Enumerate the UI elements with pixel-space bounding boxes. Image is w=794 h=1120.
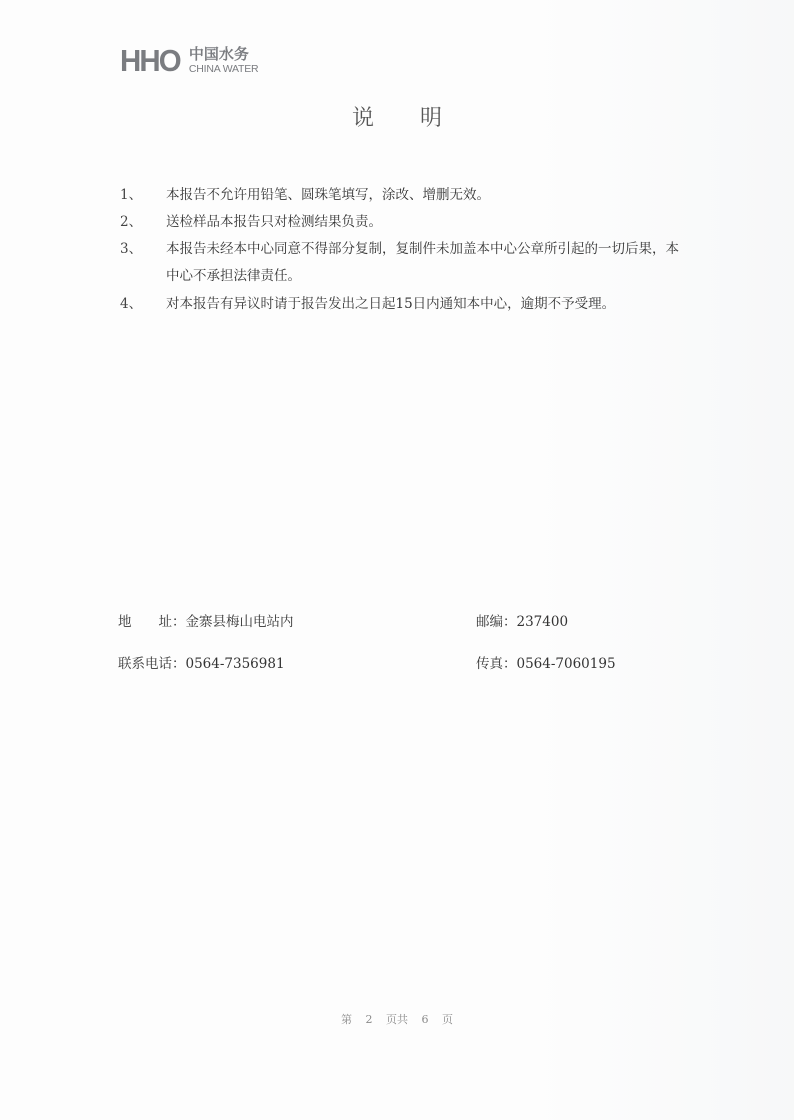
fax-label: 传真： bbox=[476, 656, 517, 672]
postcode-field: 邮编：237400 bbox=[476, 610, 568, 630]
note-number: 2、 bbox=[120, 209, 166, 235]
page-current: 2 bbox=[366, 1013, 373, 1026]
phone-label: 联系电话： bbox=[118, 656, 186, 672]
company-logo: HHO 中国水务 CHINA WATER bbox=[120, 46, 258, 76]
postcode-label: 邮编： bbox=[476, 614, 517, 630]
address-field: 地 址：金寨县梅山电站内 bbox=[118, 610, 294, 630]
logo-wordmark: 中国水务 CHINA WATER bbox=[189, 47, 259, 75]
phone-value: 0564-7356981 bbox=[186, 656, 285, 672]
logo-mark: HHO bbox=[120, 46, 180, 76]
note-text: 对本报告有异议时请于报告发出之日起15日内通知本中心，逾期不予受理。 bbox=[166, 291, 680, 318]
page-number-footer: 第 2 页共 6 页 bbox=[0, 1011, 794, 1027]
page-title: 说明 bbox=[0, 101, 794, 132]
note-item: 3、 本报告未经本中心同意不得部分复制，复制件未加盖本中心公章所引起的一切后果，… bbox=[120, 236, 680, 290]
note-item: 4、 对本报告有异议时请于报告发出之日起15日内通知本中心，逾期不予受理。 bbox=[120, 291, 680, 318]
note-item: 1、 本报告不允许用铅笔、圆珠笔填写，涂改、增删无效。 bbox=[120, 182, 680, 208]
note-text: 送检样品本报告只对检测结果负责。 bbox=[166, 209, 680, 235]
scan-shading bbox=[534, 0, 794, 1120]
contact-row-address: 地 址：金寨县梅山电站内 邮编：237400 bbox=[118, 610, 678, 630]
note-text: 本报告未经本中心同意不得部分复制，复制件未加盖本中心公章所引起的一切后果，本中心… bbox=[166, 236, 680, 290]
notes-list: 1、 本报告不允许用铅笔、圆珠笔填写，涂改、增删无效。 2、 送检样品本报告只对… bbox=[120, 182, 680, 318]
note-text: 本报告不允许用铅笔、圆珠笔填写，涂改、增删无效。 bbox=[166, 182, 680, 208]
title-char-2: 明 bbox=[420, 101, 442, 132]
note-item: 2、 送检样品本报告只对检测结果负责。 bbox=[120, 209, 680, 235]
address-value: 金寨县梅山电站内 bbox=[186, 614, 294, 630]
postcode-value: 237400 bbox=[517, 614, 569, 630]
page-suffix: 页 bbox=[442, 1013, 453, 1026]
document-page: HHO 中国水务 CHINA WATER 说明 1、 本报告不允许用铅笔、圆珠笔… bbox=[0, 0, 794, 1120]
address-label: 地 址： bbox=[118, 614, 186, 630]
note-number: 1、 bbox=[120, 182, 166, 208]
fax-field: 传真：0564-7060195 bbox=[476, 652, 616, 672]
fax-value: 0564-7060195 bbox=[517, 656, 616, 672]
logo-name-english: CHINA WATER bbox=[189, 64, 259, 75]
title-char-1: 说 bbox=[352, 101, 374, 132]
page-mid: 页共 bbox=[386, 1013, 408, 1026]
logo-name-chinese: 中国水务 bbox=[189, 47, 259, 62]
page-total: 6 bbox=[422, 1013, 429, 1026]
contact-row-phone: 联系电话：0564-7356981 传真：0564-7060195 bbox=[118, 652, 678, 672]
note-number: 4、 bbox=[120, 291, 166, 318]
note-number: 3、 bbox=[120, 236, 166, 290]
page-prefix: 第 bbox=[341, 1013, 352, 1026]
phone-field: 联系电话：0564-7356981 bbox=[118, 652, 285, 672]
